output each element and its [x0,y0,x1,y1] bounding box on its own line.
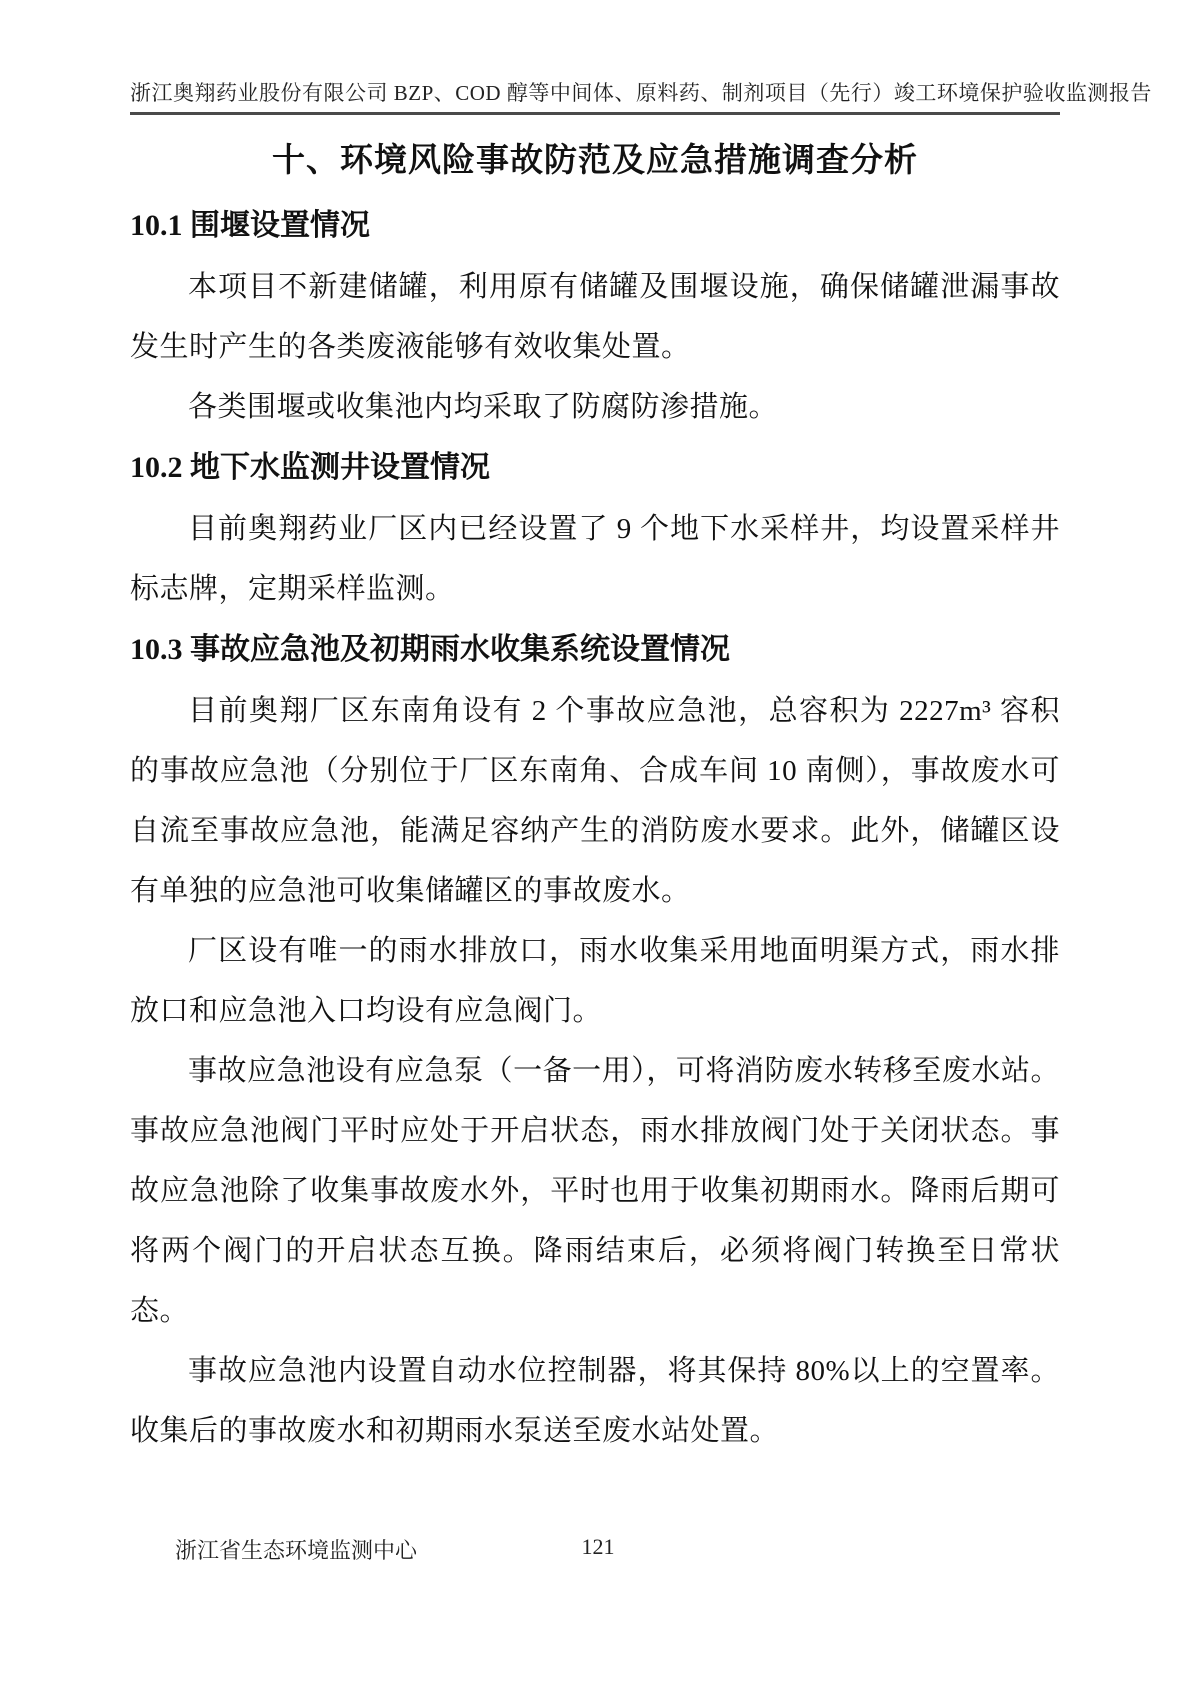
paragraph-10-3-4: 事故应急池内设置自动水位控制器，将其保持 80%以上的空置率。收集后的事故废水和… [130,1341,1060,1461]
section-heading-10-1: 10.1 围堰设置情况 [130,203,1060,249]
paragraph-10-1-2: 各类围堰或收集池内均采取了防腐防渗措施。 [130,377,1060,437]
report-page: 浙江奥翔药业股份有限公司 BZP、COD 醇等中间体、原料药、制剂项目（先行）竣… [0,0,1190,1683]
paragraph-10-3-2: 厂区设有唯一的雨水排放口，雨水收集采用地面明渠方式，雨水排放口和应急池入口均设有… [130,921,1060,1041]
chapter-title: 十、环境风险事故防范及应急措施调查分析 [130,137,1060,185]
section-heading-10-3: 10.3 事故应急池及初期雨水收集系统设置情况 [130,627,1060,673]
paragraph-10-3-1: 目前奥翔厂区东南角设有 2 个事故应急池，总容积为 2227m³ 容积的事故应急… [130,681,1060,921]
paragraph-10-3-3: 事故应急池设有应急泵（一备一用），可将消防废水转移至废水站。事故应急池阀门平时应… [130,1041,1060,1341]
paragraph-10-1-1: 本项目不新建储罐，利用原有储罐及围堰设施，确保储罐泄漏事故发生时产生的各类废液能… [130,257,1060,377]
footer-organization: 浙江省生态环境监测中心 [175,1534,417,1565]
paragraph-10-2-1: 目前奥翔药业厂区内已经设置了 9 个地下水采样井，均设置采样井标志牌，定期采样监… [130,499,1060,619]
section-heading-10-2: 10.2 地下水监测井设置情况 [130,445,1060,491]
footer-page-number: 121 [558,1534,638,1560]
document-body: 十、环境风险事故防范及应急措施调查分析 10.1 围堰设置情况 本项目不新建储罐… [130,0,1060,1461]
page-footer: 浙江省生态环境监测中心 121 [130,1534,1060,1564]
